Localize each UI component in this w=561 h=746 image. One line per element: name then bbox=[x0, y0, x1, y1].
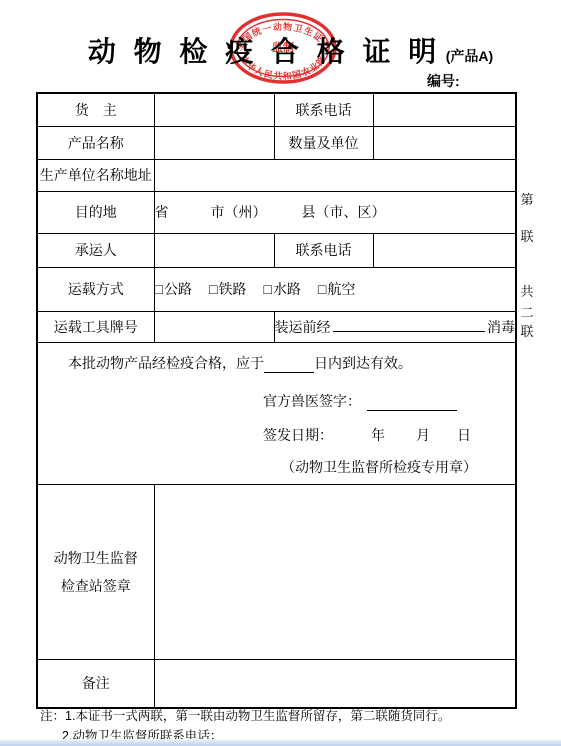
checkbox-icon[interactable]: □ bbox=[263, 282, 271, 296]
table-row: 产品名称 数量及单位 bbox=[37, 126, 516, 159]
owner-phone-input-cell[interactable] bbox=[373, 93, 516, 126]
issue-date-label: 签发日期： bbox=[263, 427, 333, 443]
seal-note: （动物卫生监督所检疫专用章） bbox=[281, 457, 477, 477]
certificate-page: 全国统一动物卫生证书 中华人民共和国农业部 监制 动 物 检 疫 合 格 证 明… bbox=[0, 0, 561, 746]
page-title-suffix: (产品A) bbox=[446, 48, 493, 64]
validity-prefix: 本批动物产品经检疫合格，应于 bbox=[68, 355, 264, 371]
destination-template-text: 省 市（州） 县（市、区） bbox=[155, 204, 386, 220]
remarks-input-cell[interactable] bbox=[154, 659, 516, 708]
remarks-label: 备注 bbox=[37, 659, 154, 708]
validity-days-blank[interactable] bbox=[264, 359, 314, 373]
product-name-label: 产品名称 bbox=[37, 126, 154, 159]
product-name-input-cell[interactable] bbox=[154, 126, 274, 159]
table-row: 动物卫生监督 检查站签章 bbox=[37, 484, 516, 659]
option-label: 航空 bbox=[327, 279, 355, 299]
table-row: 生产单位名称地址 bbox=[37, 159, 516, 191]
copy-tab-char: 联 bbox=[519, 321, 535, 340]
disinfect-blank-line[interactable] bbox=[333, 318, 486, 332]
copy-tab-char: 二 bbox=[519, 302, 535, 321]
table-row: 备注 bbox=[37, 659, 516, 708]
inspection-station-stamp-cell[interactable] bbox=[154, 484, 516, 659]
table-row: 运载方式 □ 公路 □ 铁路 □ 水路 □ bbox=[37, 267, 516, 311]
checkbox-option-road[interactable]: □ 公路 bbox=[155, 279, 192, 299]
checkbox-icon[interactable]: □ bbox=[155, 282, 163, 296]
checkbox-option-air[interactable]: □ 航空 bbox=[318, 279, 355, 299]
transport-mode-label: 运载方式 bbox=[37, 267, 154, 311]
option-label: 水路 bbox=[273, 279, 301, 299]
vet-signature-line: 官方兽医签字： bbox=[263, 391, 457, 411]
disinfect-prefix: 装运前经 bbox=[275, 317, 331, 337]
validity-statement: 本批动物产品经检疫合格，应于日内到达有效。 bbox=[68, 353, 412, 373]
window-bottom-strip bbox=[0, 739, 561, 746]
transport-options-cell: □ 公路 □ 铁路 □ 水路 □ 航空 bbox=[154, 267, 516, 311]
month-label: 月 bbox=[416, 425, 430, 445]
owner-phone-label: 联系电话 bbox=[274, 93, 373, 126]
owner-label: 货 主 bbox=[37, 93, 154, 126]
destination-input-cell[interactable]: 省 市（州） 县（市、区） bbox=[154, 191, 516, 233]
issue-date-line: 签发日期：年月日 bbox=[263, 425, 471, 445]
option-label: 铁路 bbox=[218, 279, 246, 299]
vehicle-plate-label: 运载工具牌号 bbox=[37, 311, 154, 342]
table-row: 承运人 联系电话 bbox=[37, 233, 516, 267]
quantity-unit-input-cell[interactable] bbox=[373, 126, 516, 159]
page-title: 动 物 检 疫 合 格 证 明 bbox=[88, 36, 441, 67]
table-row: 运载工具牌号 装运前经 消毒 bbox=[37, 311, 516, 342]
checkbox-option-rail[interactable]: □ 铁路 bbox=[209, 279, 246, 299]
quantity-unit-label: 数量及单位 bbox=[274, 126, 373, 159]
vet-signature-label: 官方兽医签字： bbox=[263, 393, 361, 409]
table-row: 本批动物产品经检疫合格，应于日内到达有效。 官方兽医签字： 签发日期：年月日 （… bbox=[37, 342, 516, 484]
checkbox-option-water[interactable]: □ 水路 bbox=[263, 279, 300, 299]
vet-signature-blank[interactable] bbox=[367, 397, 457, 411]
carrier-label: 承运人 bbox=[37, 233, 154, 267]
day-label: 日 bbox=[457, 425, 471, 445]
producer-input-cell[interactable] bbox=[154, 159, 516, 191]
owner-input-cell[interactable] bbox=[154, 93, 274, 126]
inspection-station-label-cell: 动物卫生监督 检查站签章 bbox=[37, 484, 154, 659]
station-label-line2: 检查站签章 bbox=[38, 572, 154, 600]
copy-tab-char: 第 bbox=[519, 189, 535, 208]
checkbox-icon[interactable]: □ bbox=[318, 282, 326, 296]
year-label: 年 bbox=[371, 425, 385, 445]
carrier-phone-input-cell[interactable] bbox=[373, 233, 516, 267]
disinfect-suffix: 消毒 bbox=[487, 317, 515, 337]
carrier-phone-label: 联系电话 bbox=[274, 233, 373, 267]
carrier-input-cell[interactable] bbox=[154, 233, 274, 267]
serial-number-label: 编号: bbox=[427, 71, 460, 91]
statement-cell: 本批动物产品经检疫合格，应于日内到达有效。 官方兽医签字： 签发日期：年月日 （… bbox=[37, 342, 516, 484]
document-header: 动 物 检 疫 合 格 证 明 (产品A) bbox=[10, 30, 561, 70]
table-row: 货 主 联系电话 bbox=[37, 93, 516, 126]
validity-suffix: 日内到达有效。 bbox=[314, 355, 412, 371]
checkbox-icon[interactable]: □ bbox=[209, 282, 217, 296]
station-label-line1: 动物卫生监督 bbox=[38, 544, 154, 572]
vehicle-plate-input-cell[interactable] bbox=[154, 311, 274, 342]
certificate-form-table: 货 主 联系电话 产品名称 数量及单位 生产单位名称地址 目的地 省 市（州） … bbox=[36, 92, 517, 709]
option-label: 公路 bbox=[164, 279, 192, 299]
copy-tab-char: 共 bbox=[519, 281, 535, 300]
destination-label: 目的地 bbox=[37, 191, 154, 233]
table-row: 目的地 省 市（州） 县（市、区） bbox=[37, 191, 516, 233]
producer-label: 生产单位名称地址 bbox=[37, 159, 154, 191]
copy-tab-char: 联 bbox=[519, 226, 535, 245]
disinfect-cell: 装运前经 消毒 bbox=[274, 311, 516, 342]
